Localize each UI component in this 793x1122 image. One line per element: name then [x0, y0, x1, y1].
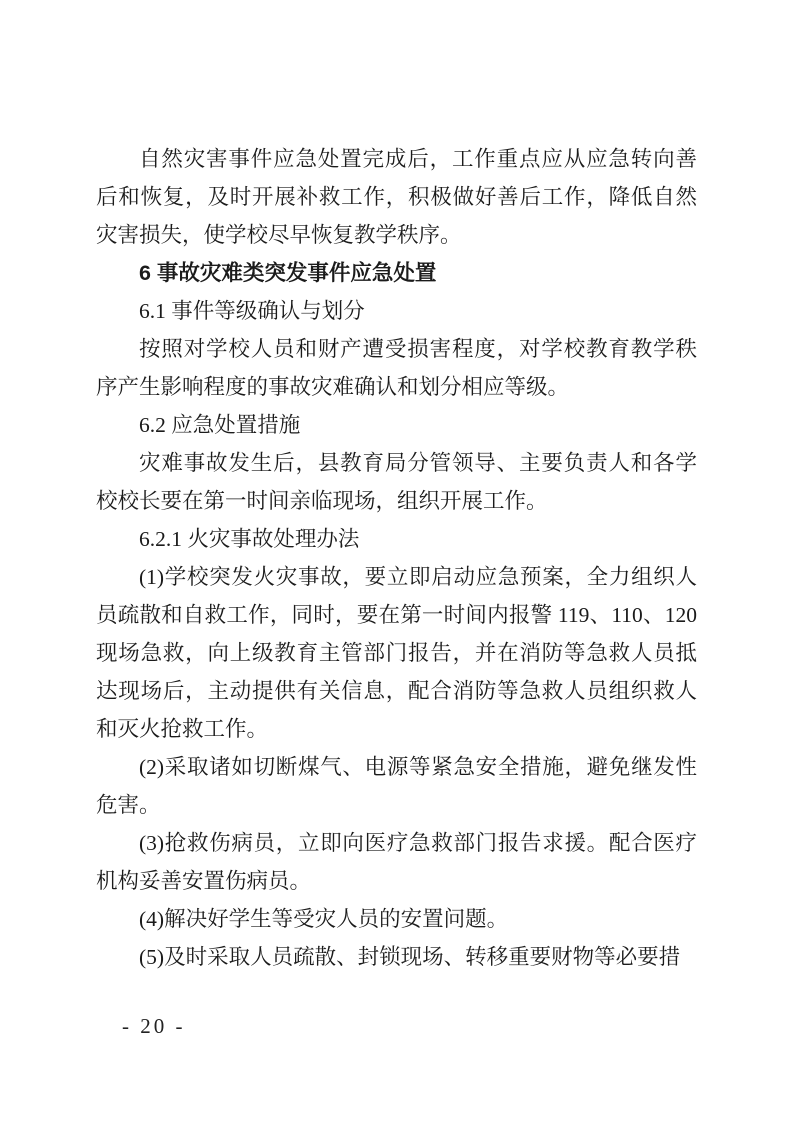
subsection-heading: 6.1 事件等级确认与划分 [96, 292, 697, 330]
body-paragraph: (1)学校突发火灾事故，要立即启动应急预案，全力组织人员疏散和自救工作，同时，要… [96, 558, 697, 748]
section-heading: 6 事故灾难类突发事件应急处置 [96, 254, 697, 292]
document-page: 自然灾害事件应急处置完成后，工作重点应从应急转向善后和恢复，及时开展补救工作，积… [0, 0, 793, 1122]
body-paragraph: (4)解决好学生等受灾人员的安置问题。 [96, 900, 697, 938]
body-paragraph: 自然灾害事件应急处置完成后，工作重点应从应急转向善后和恢复，及时开展补救工作，积… [96, 140, 697, 254]
body-paragraph: 灾难事故发生后，县教育局分管领导、主要负责人和各学校校长要在第一时间亲临现场，组… [96, 444, 697, 520]
body-paragraph: (3)抢救伤病员，立即向医疗急救部门报告求援。配合医疗机构妥善安置伤病员。 [96, 824, 697, 900]
body-paragraph: (5)及时采取人员疏散、封锁现场、转移重要财物等必要措 [96, 938, 697, 976]
subsection-heading: 6.2 应急处置措施 [96, 406, 697, 444]
body-paragraph: (2)采取诸如切断煤气、电源等紧急安全措施，避免继发性危害。 [96, 748, 697, 824]
body-paragraph: 按照对学校人员和财产遭受损害程度，对学校教育教学秩序产生影响程度的事故灾难确认和… [96, 330, 697, 406]
subsection-heading: 6.2.1 火灾事故处理办法 [96, 520, 697, 558]
page-number: - 20 - [122, 1013, 186, 1039]
document-body: 自然灾害事件应急处置完成后，工作重点应从应急转向善后和恢复，及时开展补救工作，积… [96, 140, 697, 976]
